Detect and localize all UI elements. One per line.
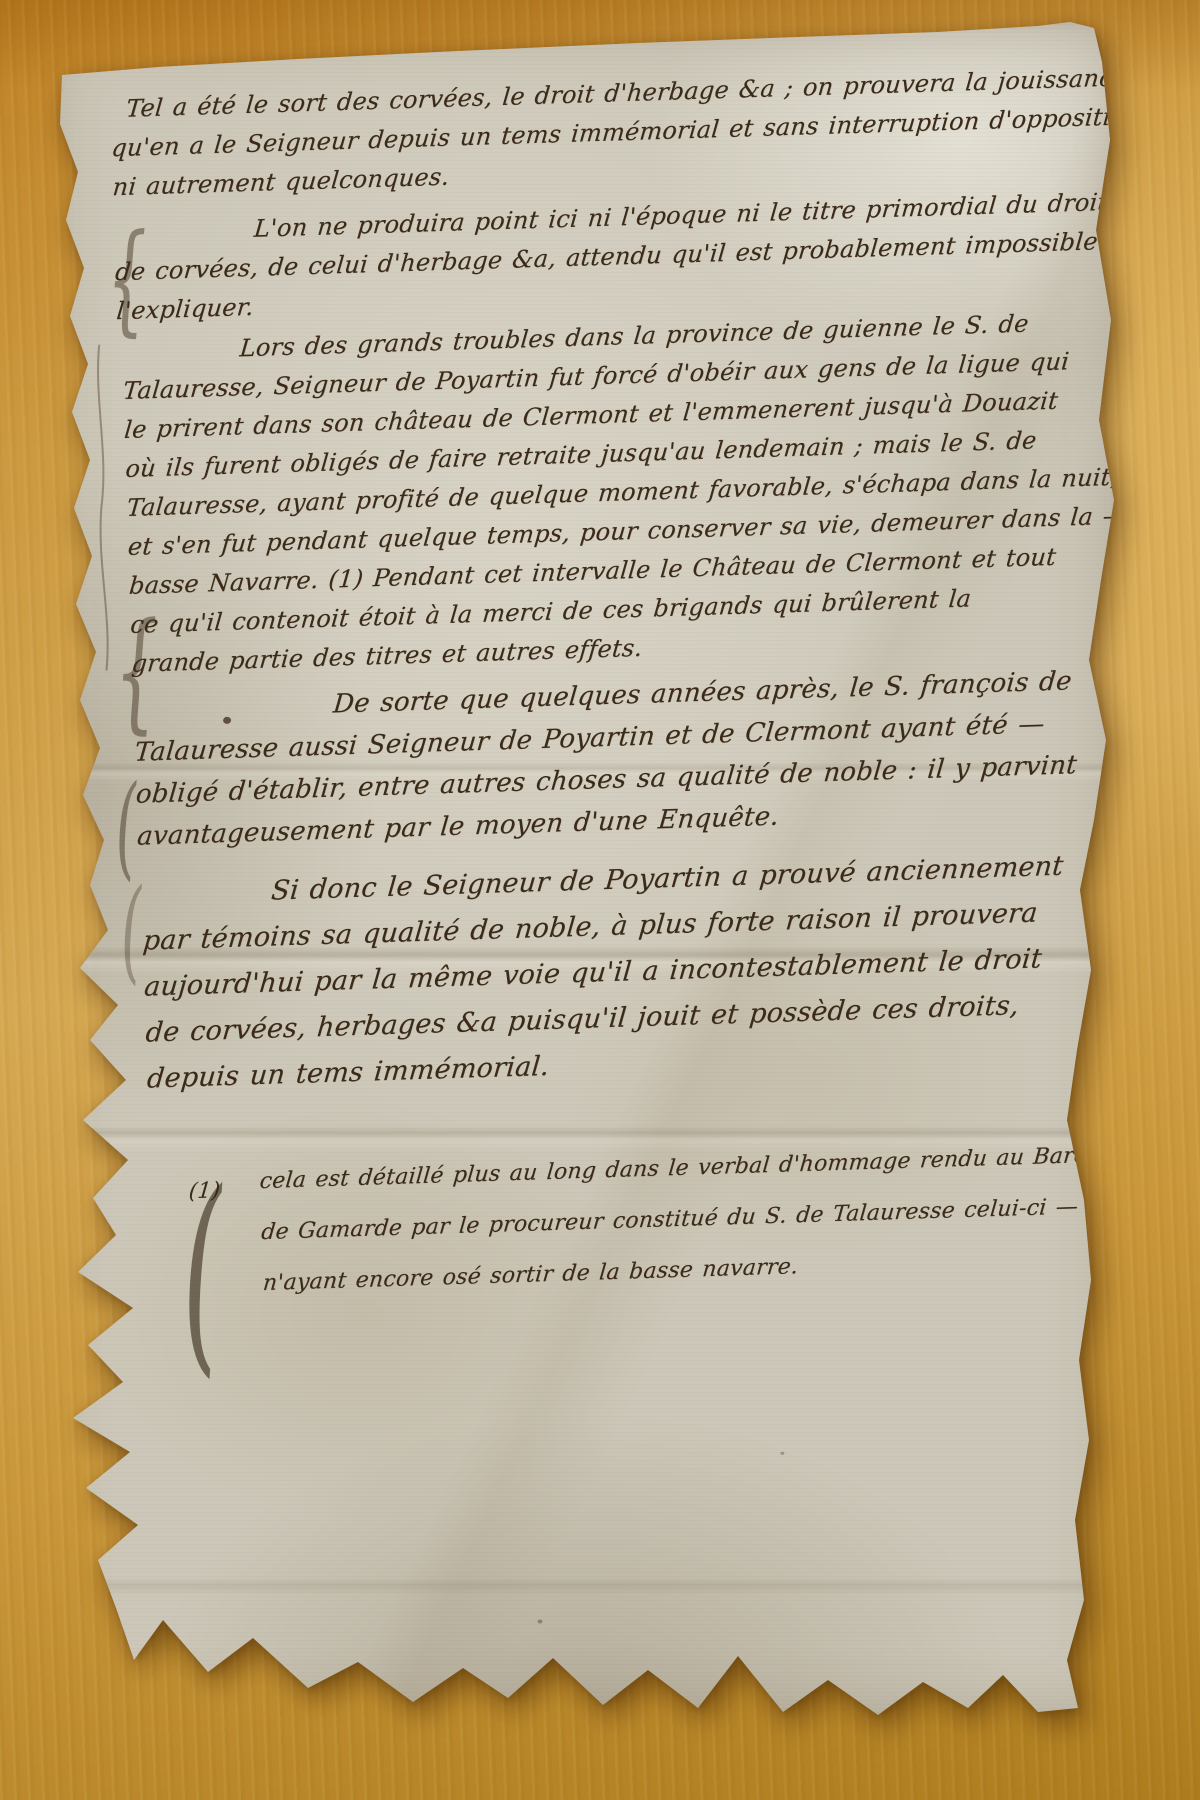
manuscript-paragraph-1: Tel a été le sort des corvées, le droit … [107, 58, 1140, 207]
ink-speck [537, 1619, 542, 1623]
footnote-marker: (1) [187, 1165, 223, 1217]
manuscript-paragraph-4: De sorte que quelques années après, le S… [130, 660, 1076, 857]
ink-speck [780, 1452, 784, 1455]
handwriting-block: Tel a été le sort des corvées, le droit … [35, 0, 1173, 1724]
margin-squiggle-mark [89, 342, 119, 672]
manuscript-footnote: (1) cela est détaillé plus au long dans … [256, 1130, 1103, 1309]
manuscript-paragraph-3: Lors des grands troubles dans la provinc… [119, 302, 1129, 684]
manuscript-paragraph-5: Si donc le Seigneur de Poyartin a prouvé… [138, 844, 1067, 1103]
wood-desk-background: Tel a été le sort des corvées, le droit … [0, 0, 1200, 1800]
manuscript-paper: Tel a été le sort des corvées, le droit … [38, 20, 1123, 1722]
manuscript-paper-shadow: Tel a été le sort des corvées, le droit … [38, 20, 1123, 1722]
